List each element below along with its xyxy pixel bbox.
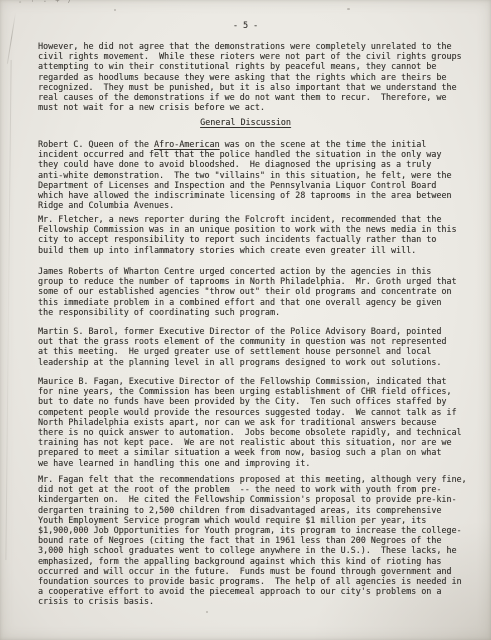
paragraph-7: Mr. Fagan felt that the recommendations … bbox=[38, 474, 467, 607]
scan-speck bbox=[206, 611, 208, 613]
section-heading: General Discussion bbox=[0, 117, 491, 127]
scan-speck bbox=[347, 8, 350, 10]
page-number: - 5 - bbox=[0, 20, 491, 30]
paragraph-3: Mr. Fletcher, a news reporter during the… bbox=[38, 214, 457, 255]
paragraph-2-after: was on the scene at the time the initial… bbox=[38, 139, 451, 210]
underlined-publication-name: Afro-American bbox=[154, 139, 220, 149]
paragraph-2-before: Robert C. Queen of the bbox=[38, 139, 154, 149]
paragraph-4: James Roberts of Wharton Centre urged co… bbox=[38, 266, 457, 317]
pencil-marks: - · - + / bbox=[18, 0, 74, 6]
paragraph-1: However, he did not agree that the demon… bbox=[38, 41, 462, 112]
paragraph-6: Maurice B. Fagan, Executive Director of … bbox=[38, 376, 462, 468]
paragraph-2: Robert C. Queen of the Afro-American was… bbox=[38, 139, 451, 210]
scan-speck bbox=[114, 9, 116, 11]
scanned-document-page: - · - + / - 5 - However, he did not agre… bbox=[0, 0, 491, 640]
paragraph-5: Martin S. Barol, former Executive Direct… bbox=[38, 326, 446, 367]
paper-crease-vertical bbox=[5, 60, 11, 560]
